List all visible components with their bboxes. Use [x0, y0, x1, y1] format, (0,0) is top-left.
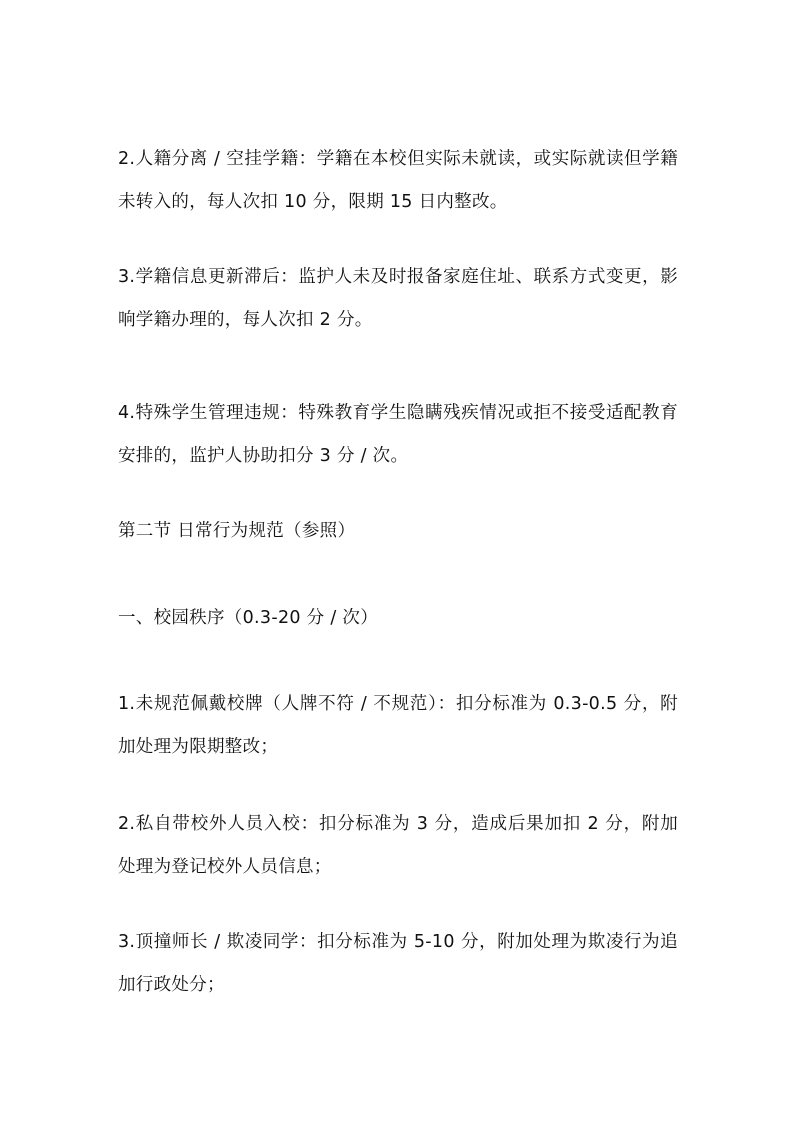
paragraph-registration-separation: 2.人籍分离 / 空挂学籍：学籍在本校但实际未就读，或实际就读但学籍未转入的，每… [118, 138, 678, 224]
section-heading: 第二节 日常行为规范（参照） [118, 510, 678, 553]
paragraph-school-badge: 1.未规范佩戴校牌（人牌不符 / 不规范）：扣分标准为 0.3-0.5 分，附加… [118, 683, 678, 769]
paragraph-registration-update-delay: 3.学籍信息更新滞后：监护人未及时报备家庭住址、联系方式变更，影响学籍办理的，每… [118, 256, 678, 342]
paragraph-bullying: 3.顶撞师长 / 欺凌同学：扣分标准为 5-10 分，附加处理为欺凌行为追加行政… [118, 921, 678, 1007]
paragraph-special-student-management: 4.特殊学生管理违规：特殊教育学生隐瞒残疾情况或拒不接受适配教育安排的，监护人协… [118, 392, 678, 478]
paragraph-outside-visitors: 2.私自带校外人员入校：扣分标准为 3 分，造成后果加扣 2 分，附加处理为登记… [118, 803, 678, 889]
subsection-heading: 一、校园秩序（0.3-20 分 / 次） [118, 597, 678, 640]
